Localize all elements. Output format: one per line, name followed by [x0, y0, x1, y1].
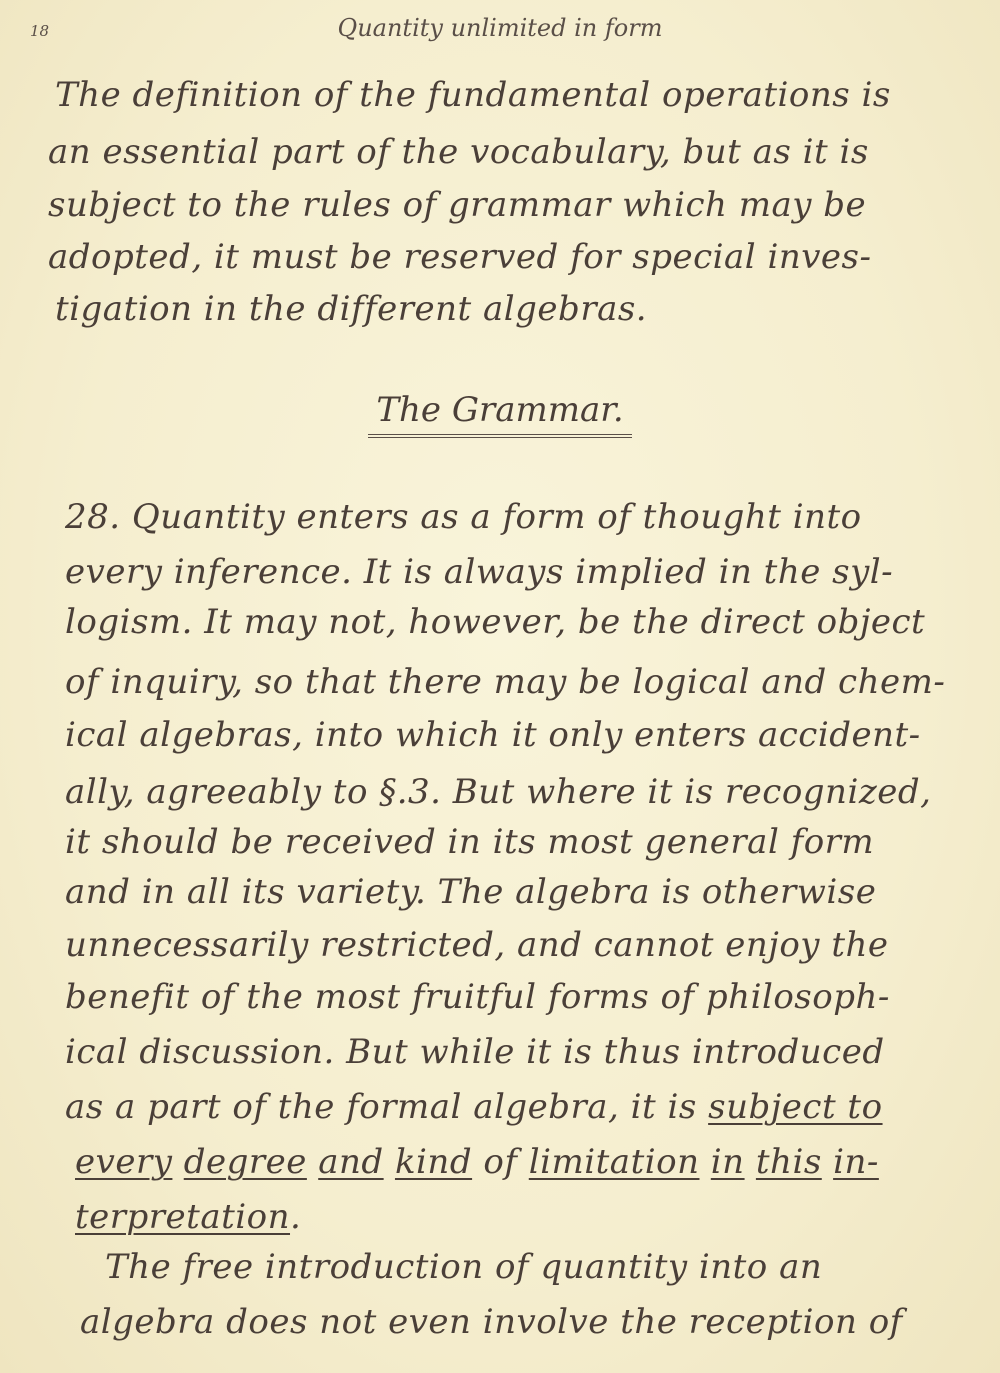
- underlined-word: and: [318, 1142, 383, 1182]
- paragraph2-line: ical discussion. But while it is thus in…: [65, 1035, 885, 1069]
- paragraph2-line-underlined: every degree and kind of limitation in t…: [75, 1145, 879, 1179]
- paragraph3-line: The free introduction of quantity into a…: [105, 1250, 822, 1284]
- paragraph1-line: subject to the rules of grammar which ma…: [48, 188, 866, 222]
- paragraph2-line-underlined: terpretation.: [75, 1200, 301, 1234]
- paragraph2-line: ally, agreeably to §.3. But where it is …: [65, 775, 931, 809]
- line-text: .: [290, 1197, 301, 1237]
- running-head: Quantity unlimited in form: [0, 14, 1000, 42]
- paragraph1-line: tigation in the different algebras.: [55, 292, 647, 326]
- line-text: as a part of the formal algebra, it is: [65, 1087, 708, 1127]
- paragraph2-line: logism. It may not, however, be the dire…: [65, 605, 925, 639]
- paragraph2-line: it should be received in its most genera…: [65, 825, 874, 859]
- underlined-word: this: [756, 1142, 822, 1182]
- paragraph1-line: The definition of the fundamental operat…: [55, 78, 891, 112]
- paragraph2-line: and in all its variety. The algebra is o…: [65, 875, 876, 909]
- paragraph2-line: ical algebras, into which it only enters…: [65, 718, 921, 752]
- underlined-text: subject to: [708, 1087, 882, 1127]
- paragraph3-line: algebra does not even involve the recept…: [80, 1305, 903, 1339]
- section-heading: The Grammar.: [0, 390, 1000, 438]
- underlined-word: degree: [184, 1142, 307, 1182]
- paragraph1-line: an essential part of the vocabulary, but…: [48, 135, 869, 169]
- word: of: [483, 1142, 517, 1182]
- underlined-word: every: [75, 1142, 172, 1182]
- paragraph1-line: adopted, it must be reserved for special…: [48, 240, 871, 274]
- underlined-word: in-: [833, 1142, 879, 1182]
- paragraph2-line: benefit of the most fruitful forms of ph…: [65, 980, 890, 1014]
- paragraph2-line: of inquiry, so that there may be logical…: [65, 665, 945, 699]
- underlined-word: in: [711, 1142, 745, 1182]
- paragraph2-line: every inference. It is always implied in…: [65, 555, 893, 589]
- section-heading-text: The Grammar.: [368, 390, 631, 438]
- underlined-word: kind: [395, 1142, 472, 1182]
- underlined-word: limitation: [529, 1142, 700, 1182]
- paragraph2-line-underlined: as a part of the formal algebra, it is s…: [65, 1090, 883, 1124]
- paragraph2-line: 28. Quantity enters as a form of thought…: [65, 500, 862, 534]
- manuscript-page: 18 Quantity unlimited in form The defini…: [0, 0, 1000, 1373]
- paragraph2-line: unnecessarily restricted, and cannot enj…: [65, 928, 889, 962]
- underlined-text: terpretation: [75, 1197, 290, 1237]
